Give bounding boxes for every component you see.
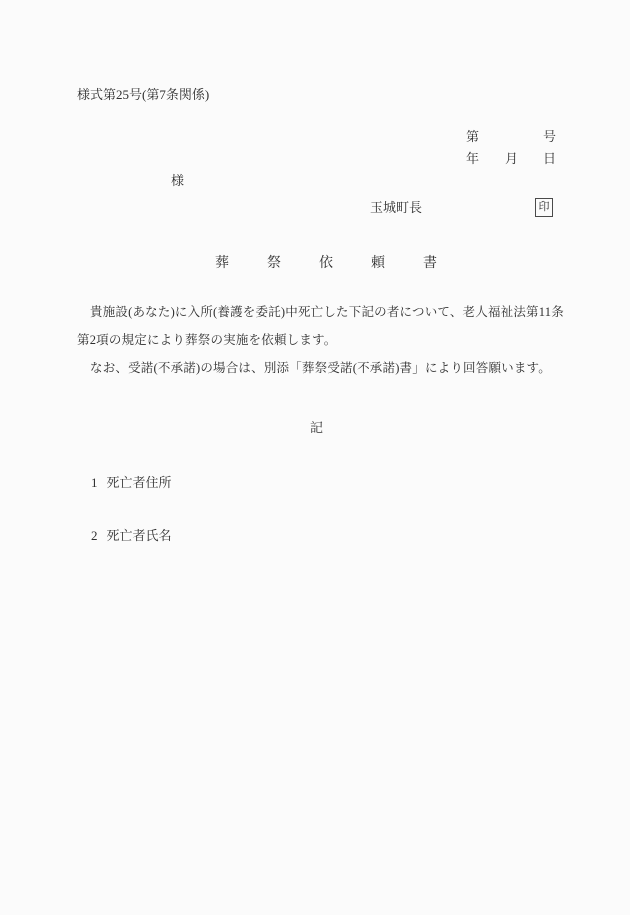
- list-item-deceased-address: 1死亡者住所: [91, 476, 172, 489]
- seal-label: 印: [539, 202, 550, 213]
- document-title: 葬祭依頼書: [215, 257, 475, 271]
- doc-number-prefix: 第: [466, 130, 479, 143]
- seal-box: 印: [535, 198, 553, 217]
- body-paragraph-line-1: 貴施設(あなた)に入所(養護を委託)中死亡した下記の者について、老人福祉法第11…: [90, 306, 564, 319]
- item-number: 1: [91, 475, 98, 490]
- body-paragraph-line-3: なお、受諾(不承諾)の場合は、別添「葬祭受諾(不承諾)書」により回答願います。: [90, 362, 551, 375]
- addressee-honorific: 様: [171, 174, 184, 187]
- date-month-label: 月: [505, 152, 518, 165]
- item-number: 2: [91, 528, 98, 543]
- item-label: 死亡者氏名: [107, 528, 172, 543]
- doc-number-suffix: 号: [543, 130, 556, 143]
- item-label: 死亡者住所: [107, 475, 172, 490]
- date-year-label: 年: [466, 152, 479, 165]
- document-page: 様式第25号(第7条関係) 第 号 年 月 日 様 玉城町長 印 葬祭依頼書 貴…: [0, 0, 630, 915]
- body-paragraph-line-2: 第2項の規定により葬祭の実施を依頼します。: [77, 334, 336, 347]
- list-header-ki: 記: [310, 421, 323, 434]
- date-day-label: 日: [543, 152, 556, 165]
- list-item-deceased-name: 2死亡者氏名: [91, 529, 172, 542]
- sender-title: 玉城町長: [370, 201, 422, 214]
- form-number: 様式第25号(第7条関係): [77, 88, 209, 101]
